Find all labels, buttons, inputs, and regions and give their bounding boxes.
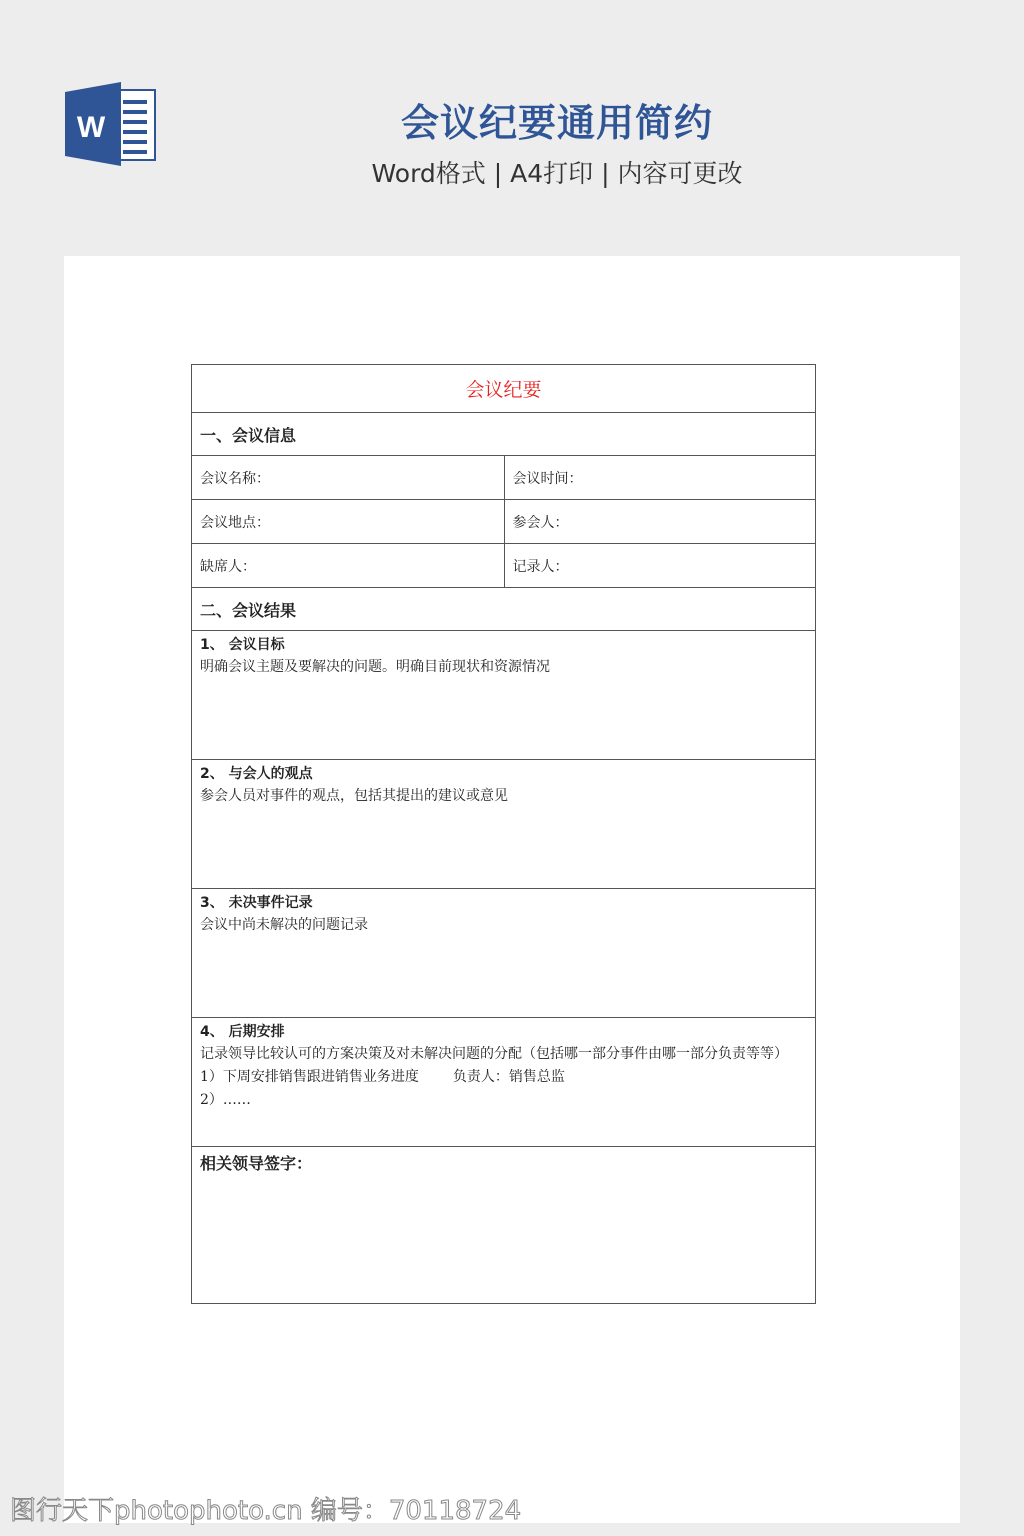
section-heading-row: 一、会议信息: [192, 412, 815, 455]
task-description: 2）……: [200, 1089, 251, 1112]
document-page: 会议纪要 一、会议信息 会议名称： 会议时间： 会议地点： 参会人： 缺席人： …: [64, 256, 960, 1523]
section-heading-results: 二、会议结果: [192, 588, 304, 630]
block-title: 1、 会议目标: [200, 634, 807, 656]
section-heading-row: 二、会议结果: [192, 587, 815, 630]
block-title: 2、 与会人的观点: [200, 763, 807, 785]
svg-text:W: W: [77, 111, 106, 144]
info-row: 会议名称： 会议时间：: [192, 455, 815, 499]
table-title-row: 会议纪要: [192, 365, 815, 412]
field-meeting-time[interactable]: 会议时间：: [504, 456, 816, 499]
banner-subtitle: Word格式 | A4打印 | 内容可更改: [330, 154, 784, 190]
block-text: 参会人员对事件的观点，包括其提出的建议或意见: [200, 785, 807, 808]
block-meeting-goal[interactable]: 1、 会议目标 明确会议主题及要解决的问题。明确目前现状和资源情况: [192, 630, 815, 759]
info-row: 会议地点： 参会人：: [192, 499, 815, 543]
signature-row[interactable]: 相关领导签字：: [192, 1146, 815, 1303]
block-text: 明确会议主题及要解决的问题。明确目前现状和资源情况: [200, 656, 807, 679]
block-attendee-views[interactable]: 2、 与会人的观点 参会人员对事件的观点，包括其提出的建议或意见: [192, 759, 815, 888]
field-recorder[interactable]: 记录人：: [504, 544, 816, 587]
block-text: 记录领导比较认可的方案决策及对未解决问题的分配（包括哪一部分事件由哪一部分负责等…: [200, 1043, 807, 1066]
task-item: 2）……: [200, 1089, 807, 1112]
task-item: 1）下周安排销售跟进销售业务进度 负责人：销售总监: [200, 1066, 807, 1089]
field-attendees[interactable]: 参会人：: [504, 500, 816, 543]
info-row: 缺席人： 记录人：: [192, 543, 815, 587]
signature-label: 相关领导签字：: [200, 1151, 312, 1299]
banner-title: 会议纪要通用简约: [330, 92, 784, 147]
task-owner: 负责人：销售总监: [453, 1066, 565, 1089]
watermark: 图行天下photophoto.cn 编号：70118724: [10, 1490, 521, 1527]
field-meeting-location[interactable]: 会议地点：: [192, 500, 504, 543]
field-meeting-name[interactable]: 会议名称：: [192, 456, 504, 499]
document-title: 会议纪要: [192, 365, 815, 412]
block-follow-up[interactable]: 4、 后期安排 记录领导比较认可的方案决策及对未解决问题的分配（包括哪一部分事件…: [192, 1017, 815, 1146]
minutes-table: 会议纪要 一、会议信息 会议名称： 会议时间： 会议地点： 参会人： 缺席人： …: [191, 364, 816, 1304]
block-title: 3、 未决事件记录: [200, 892, 807, 914]
task-description: 1）下周安排销售跟进销售业务进度: [200, 1066, 419, 1089]
section-heading-info: 一、会议信息: [192, 413, 304, 455]
block-pending-items[interactable]: 3、 未决事件记录 会议中尚未解决的问题记录: [192, 888, 815, 1017]
word-icon: W: [65, 82, 157, 166]
block-text: 会议中尚未解决的问题记录: [200, 914, 807, 937]
block-title: 4、 后期安排: [200, 1021, 807, 1043]
field-absentees[interactable]: 缺席人：: [192, 544, 504, 587]
